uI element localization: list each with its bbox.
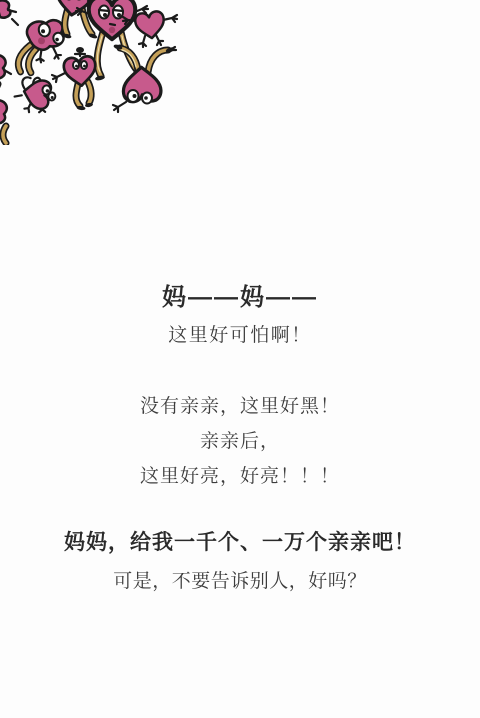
kiss-creature-walker	[52, 47, 97, 111]
picture-book-page: 妈——妈—— 这里好可怕啊！ 没有亲亲，这里好黑！ 亲亲后， 这里好亮，好亮！！…	[0, 0, 480, 718]
poem-plea-line: 妈妈，给我一千个、一万个亲亲吧！	[0, 531, 480, 555]
gold-leg-fragment	[3, 126, 6, 143]
poem-stanza-line-1: 没有亲亲，这里好黑！	[0, 396, 480, 418]
poem-stanza-line-2: 亲亲后，	[0, 431, 480, 453]
kiss-creatures-illustration	[0, 0, 190, 145]
poem-stanza-line-3: 这里好亮，好亮！！！	[0, 466, 480, 488]
poem-scared-line: 这里好可怕啊！	[0, 325, 480, 347]
kiss-creature-handstand	[113, 44, 176, 112]
kiss-creature-crawler	[13, 76, 57, 115]
poem-secret-line: 可是，不要告诉别人，好吗？	[0, 571, 480, 593]
poem-call-line: 妈——妈——	[0, 284, 480, 312]
